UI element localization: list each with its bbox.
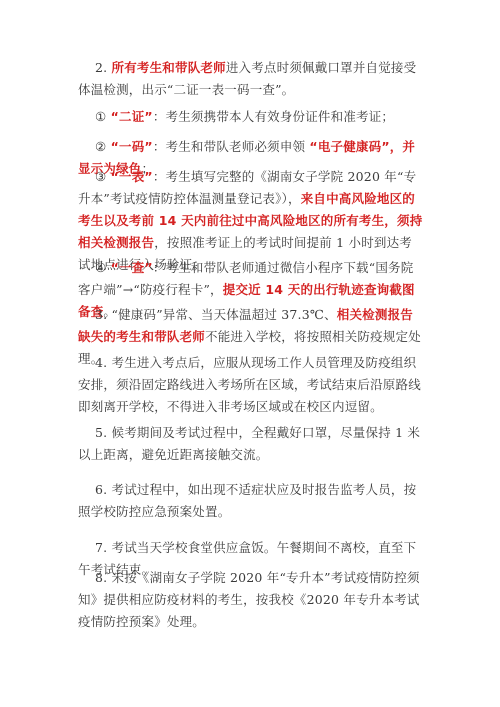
highlight-segment: “一表” bbox=[111, 169, 153, 184]
paragraph-2: 2. 所有考生和带队老师进入考点时须佩戴口罩并自觉接受体温检测，出示“二证一表一… bbox=[78, 57, 424, 101]
text-segment: 8. 未按《湖南女子学院 2020 年“专升本”考试疫情防控须知》提供相应防疫材… bbox=[78, 570, 420, 629]
text-segment: 2. bbox=[95, 60, 112, 75]
document-page: 2. 所有考生和带队老师进入考点时须佩戴口罩并自觉接受体温检测，出示“二证一表一… bbox=[0, 0, 500, 707]
highlight-segment: “一查” bbox=[111, 260, 153, 275]
text-segment: 4. 考生进入考点后，应服从现场工作人员管理及防疫组织安排，须沿固定路线进入考场… bbox=[78, 355, 421, 414]
text-segment: 3. “健康码”异常、当天体温超过 37.3℃、 bbox=[95, 307, 337, 322]
highlight-segment: 所有考生和带队老师 bbox=[112, 60, 226, 75]
paragraph-6: 6. 考试过程中，如出现不适症状应及时报告监考人员，按照学校防控应急预案处置。 bbox=[78, 479, 424, 523]
paragraph-4: 4. 考生进入考点后，应服从现场工作人员管理及防疫组织安排，须沿固定路线进入考场… bbox=[78, 352, 424, 418]
text-segment: ① bbox=[95, 109, 111, 124]
text-segment: ：考生和带队老师必须申领 bbox=[153, 139, 310, 154]
highlight-segment: “二证” bbox=[111, 109, 153, 124]
text-segment: ④ bbox=[95, 260, 111, 275]
paragraph-2-1: ① “二证”：考生须携带本人有效身份证件和准考证； bbox=[78, 106, 424, 128]
highlight-segment: “一码” bbox=[111, 139, 153, 154]
text-segment: 5. 候考期间及考试过程中，全程戴好口罩，尽量保持 1 米以上距离，避免近距离接… bbox=[78, 425, 420, 462]
paragraph-8: 8. 未按《湖南女子学院 2020 年“专升本”考试疫情防控须知》提供相应防疫材… bbox=[78, 567, 424, 633]
text-segment: ② bbox=[95, 139, 111, 154]
text-segment: ：考生须携带本人有效身份证件和准考证； bbox=[153, 109, 394, 124]
text-segment: 6. 考试过程中，如出现不适症状应及时报告监考人员，按照学校防控应急预案处置。 bbox=[78, 482, 416, 519]
text-segment: ③ bbox=[95, 169, 111, 184]
paragraph-5: 5. 候考期间及考试过程中，全程戴好口罩，尽量保持 1 米以上距离，避免近距离接… bbox=[78, 422, 424, 466]
